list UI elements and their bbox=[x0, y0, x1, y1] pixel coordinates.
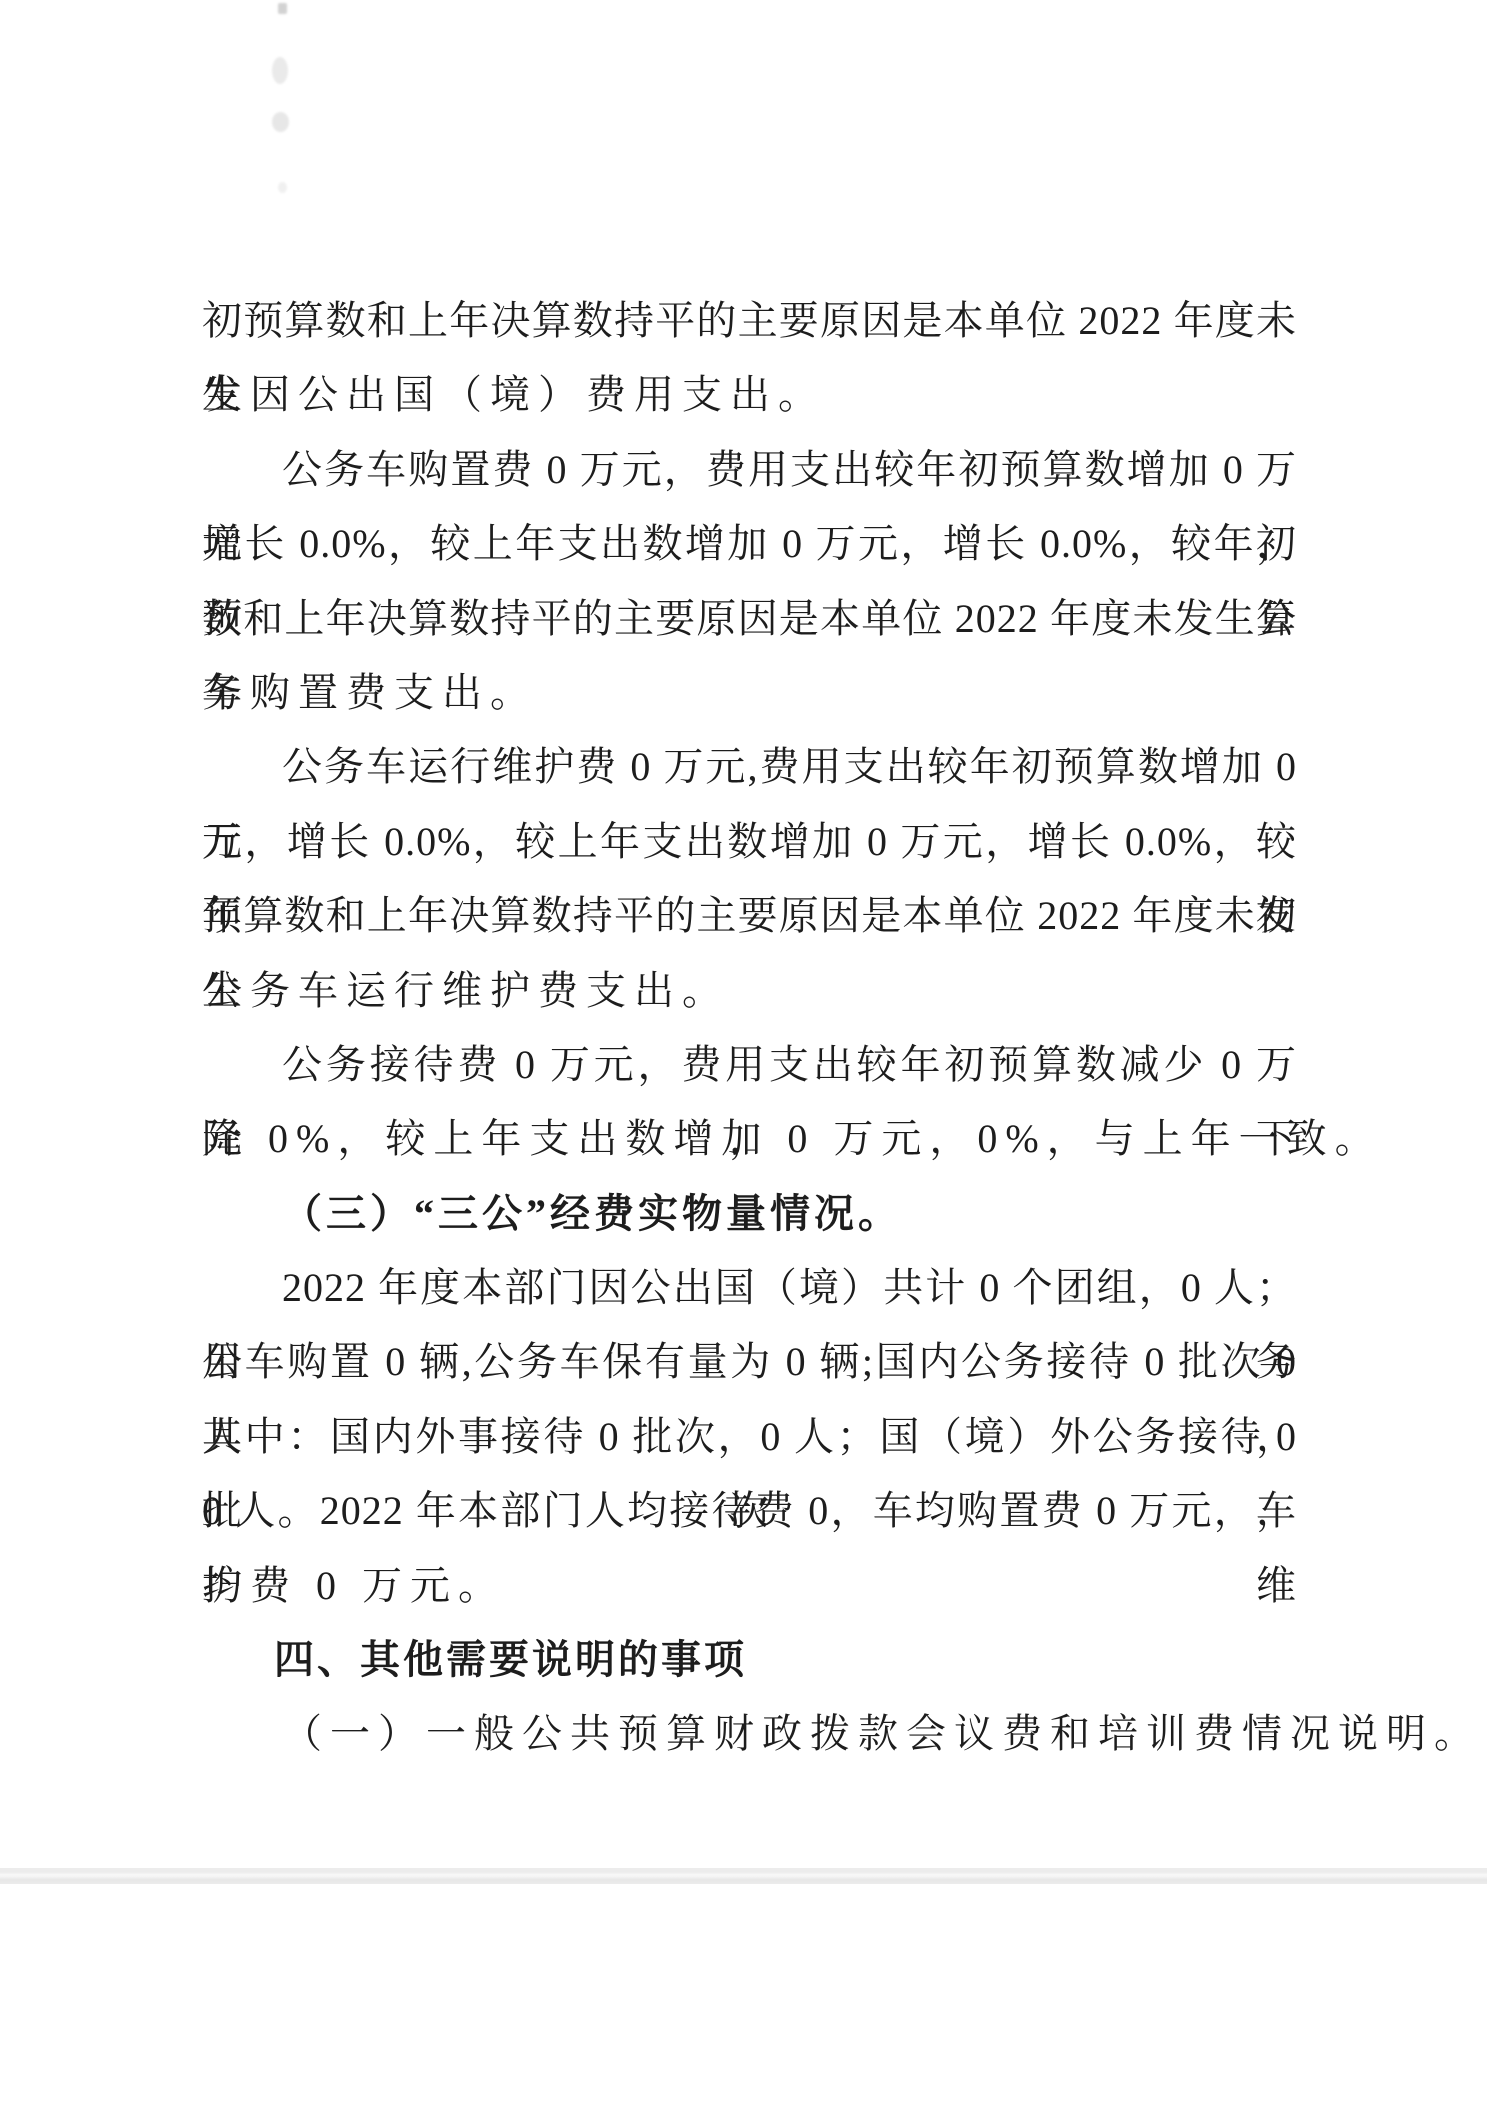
scan-artifact bbox=[278, 3, 287, 14]
body-line: 预算数和上年决算数持平的主要原因是本单位 2022 年度未发生 bbox=[202, 879, 1297, 953]
body-line: 元，增长 0.0%，较上年支出数增加 0 万元，增长 0.0%，较年初 bbox=[202, 805, 1297, 879]
body-line: 公务接待费 0 万元，费用支出较年初预算数减少 0 万元，下 bbox=[202, 1028, 1297, 1102]
scan-artifact bbox=[272, 57, 288, 84]
body-line: 生因公出国（境）费用支出。 bbox=[202, 358, 1297, 432]
body-line: 用车购置 0 辆,公务车保有量为 0 辆;国内公务接待 0 批次 0 人， bbox=[202, 1325, 1297, 1399]
body-line: 0 人。2022 年本部门人均接待费 0，车均购置费 0 万元，车均维 bbox=[202, 1474, 1297, 1548]
body-line: 其中：国内外事接待 0 批次，0 人；国（境）外公务接待 0 批次， bbox=[202, 1400, 1297, 1474]
document-body: 初预算数和上年决算数持平的主要原因是本单位 2022 年度未发 生因公出国（境）… bbox=[202, 284, 1297, 1772]
body-line: 车购置费支出。 bbox=[202, 656, 1297, 730]
body-line: 降 0%，较上年支出数增加 0 万元，0%，与上年一致。 bbox=[202, 1102, 1297, 1176]
scan-artifact bbox=[278, 182, 287, 193]
body-line: 数和上年决算数持平的主要原因是本单位 2022 年度未发生公务 bbox=[202, 582, 1297, 656]
body-line: 公务车购置费 0 万元，费用支出较年初预算数增加 0 万元， bbox=[202, 433, 1297, 507]
section-heading-three-public-quantities: （三）“三公”经费实物量情况。 bbox=[202, 1177, 1297, 1251]
document-page: 初预算数和上年决算数持平的主要原因是本单位 2022 年度未发 生因公出国（境）… bbox=[0, 0, 1487, 2102]
body-line: （一）一般公共预算财政拨款会议费和培训费情况说明。 bbox=[202, 1697, 1297, 1771]
section-heading-other-matters: 四、其他需要说明的事项 bbox=[202, 1623, 1297, 1697]
scan-band bbox=[0, 1868, 1487, 1884]
body-line: 公务车运行维护费 0 万元,费用支出较年初预算数增加 0 万 bbox=[202, 730, 1297, 804]
body-line: 公务车运行维护费支出。 bbox=[202, 954, 1297, 1028]
body-line: 增长 0.0%，较上年支出数增加 0 万元，增长 0.0%，较年初预算 bbox=[202, 507, 1297, 581]
body-line: 初预算数和上年决算数持平的主要原因是本单位 2022 年度未发 bbox=[202, 284, 1297, 358]
body-line: 2022 年度本部门因公出国（境）共计 0 个团组，0 人；公务 bbox=[202, 1251, 1297, 1325]
scan-artifact bbox=[272, 112, 289, 132]
